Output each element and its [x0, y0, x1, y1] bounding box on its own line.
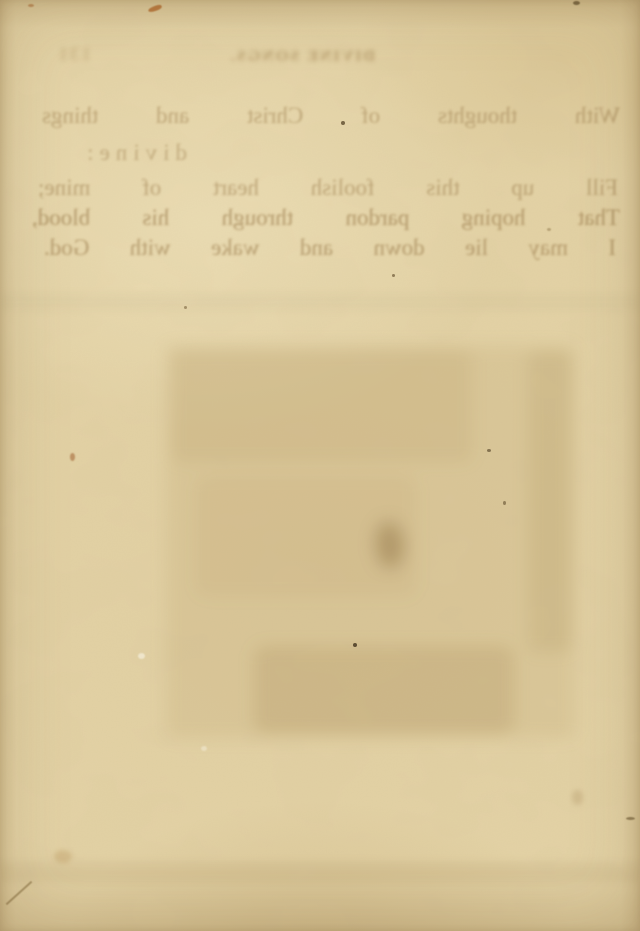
paper-tone-band: [0, 294, 640, 310]
dark-speck: [547, 228, 551, 231]
faint-stain: [572, 790, 583, 805]
showthrough-verse-line: With thoughts of Christ and things: [42, 102, 620, 130]
showthrough-verse-line: I may lie down and wake with God.: [44, 234, 616, 262]
dark-speck: [503, 501, 506, 505]
showthrough-verse-line: Fill up this foolish heart of mine;: [38, 174, 618, 202]
plate-showthrough-mark: [376, 522, 404, 568]
showthrough-running-head: DIVINE SONGS.: [226, 47, 378, 66]
dark-speck: [341, 121, 345, 125]
plate-showthrough-shading: [172, 350, 472, 462]
rust-stain: [148, 4, 163, 13]
showthrough-verse-line: divine:: [55, 139, 187, 167]
plate-showthrough: [166, 346, 574, 738]
book-page-scan: 131 DIVINE SONGS. With thoughts of Chris…: [0, 0, 640, 931]
rust-speck: [28, 4, 34, 7]
dark-speck: [392, 274, 395, 277]
showthrough-page-number: 131: [52, 44, 96, 67]
dark-speck: [487, 449, 491, 452]
dark-speck: [184, 306, 187, 309]
showthrough-verse-line: That hoping pardon through his blood,: [32, 204, 620, 232]
scratch-mark: [6, 881, 33, 905]
rust-speck: [70, 453, 75, 461]
dark-speck: [353, 643, 357, 647]
brown-stain: [54, 850, 72, 863]
dark-speck: [573, 1, 580, 5]
plate-showthrough-shading: [528, 352, 572, 652]
pale-fleck: [201, 746, 207, 751]
plate-showthrough-shading: [254, 646, 514, 734]
pale-fleck: [138, 653, 145, 659]
dark-dash: [626, 817, 635, 820]
paper-tone-band: [0, 862, 640, 882]
